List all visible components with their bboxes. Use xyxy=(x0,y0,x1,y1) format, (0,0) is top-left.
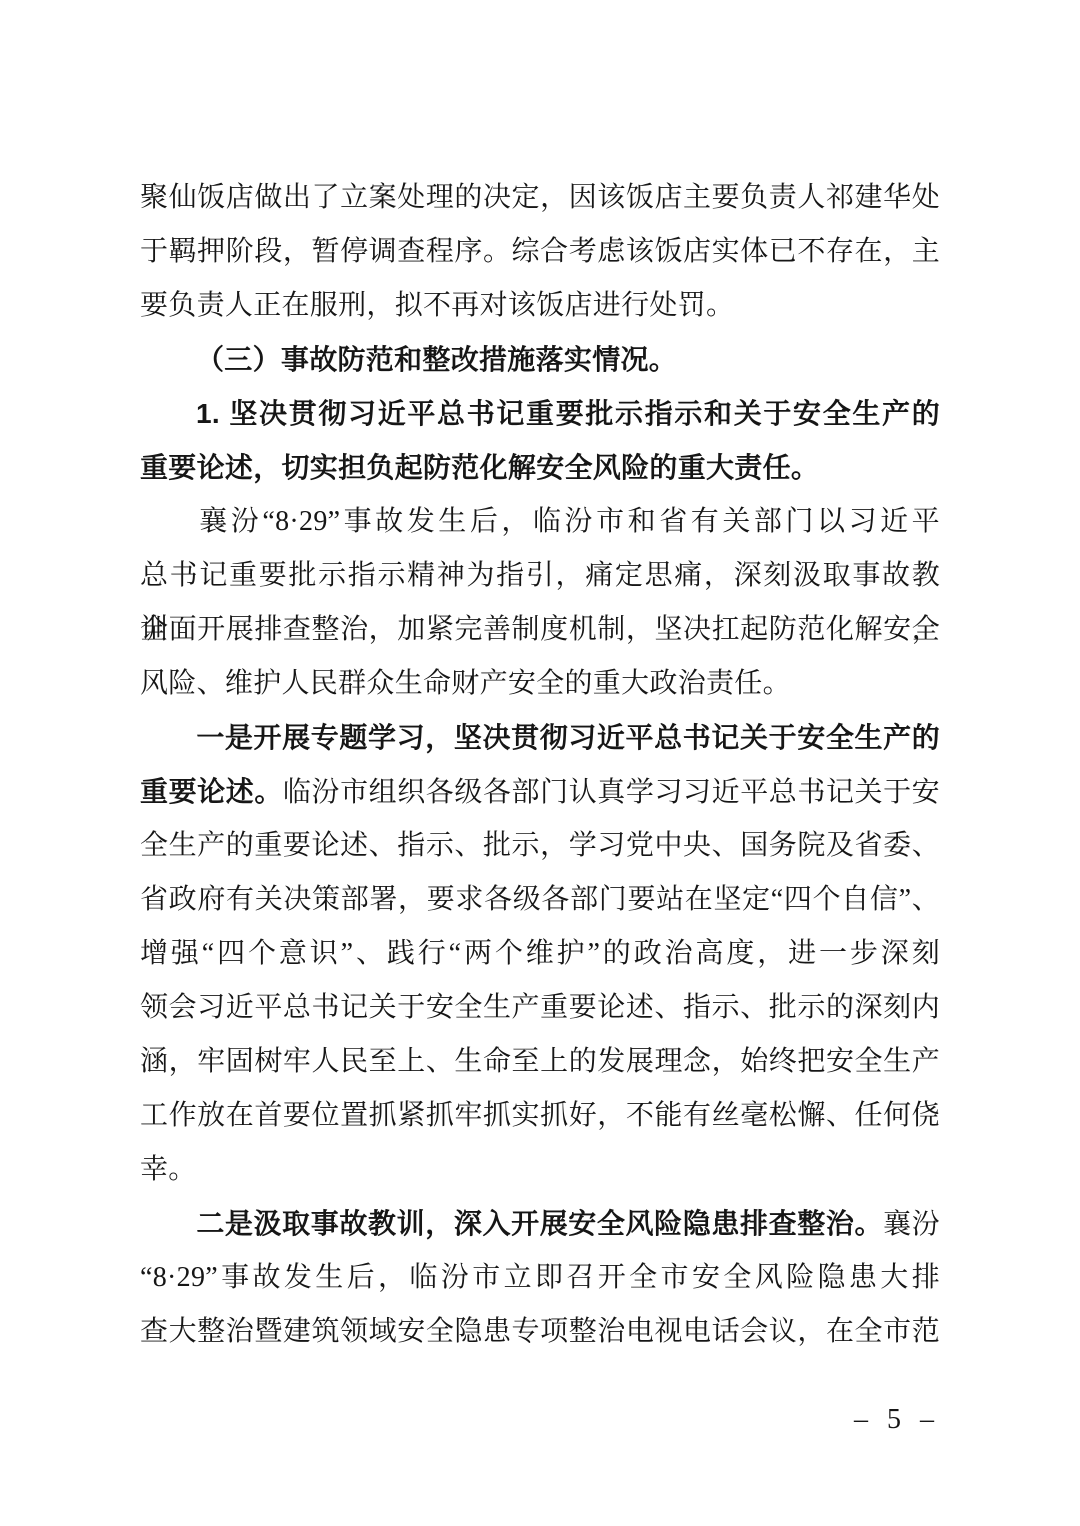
text-segment: 临汾市组织各级各部门认真学习习近平总书记关于安 xyxy=(283,777,940,808)
text-line: 重要论述，切实担负起防范化解安全风险的重大责任。 xyxy=(140,441,940,495)
text-segment: 全生产的重要论述、指示、批示，学习党中央、国务院及省委、 xyxy=(140,830,940,861)
text-segment: 增强“四个意识”、践行“两个维护”的政治高度，进一步深刻 xyxy=(140,938,940,969)
text-line: 1. 坚决贯彻习近平总书记重要批示指示和关于安全生产的 xyxy=(140,387,940,441)
text-line: 全面开展排查整治，加紧完善制度机制，坚决扛起防范化解安全 xyxy=(140,603,940,657)
text-segment: 全面开展排查整治，加紧完善制度机制，坚决扛起防范化解安全 xyxy=(140,614,940,645)
text-line: 工作放在首要位置抓紧抓牢抓实抓好，不能有丝毫松懈、任何侥 xyxy=(140,1089,940,1143)
bold-text-segment: 二是汲取事故教训，深入开展安全风险隐患排查整治。 xyxy=(140,1208,883,1239)
text-line: 领会习近平总书记关于安全生产重要论述、指示、批示的深刻内 xyxy=(140,981,940,1035)
bold-text-segment: 重要论述。 xyxy=(140,776,283,807)
document-page: 聚仙饭店做出了立案处理的决定，因该饭店主要负责人祁建华处于羁押阶段，暂停调查程序… xyxy=(0,0,1080,1526)
bold-text-segment: （三）事故防范和整改措施落实情况。 xyxy=(140,344,677,375)
text-segment: 幸。 xyxy=(140,1154,197,1185)
text-line: 重要论述。临汾市组织各级各部门认真学习习近平总书记关于安 xyxy=(140,765,940,819)
text-line: 查大整治暨建筑领域安全隐患专项整治电视电话会议，在全市范 xyxy=(140,1305,940,1359)
text-line: 增强“四个意识”、践行“两个维护”的政治高度，进一步深刻 xyxy=(140,927,940,981)
text-segment: 查大整治暨建筑领域安全隐患专项整治电视电话会议，在全市范 xyxy=(140,1316,940,1347)
text-line: 全生产的重要论述、指示、批示，学习党中央、国务院及省委、 xyxy=(140,819,940,873)
text-segment: 领会习近平总书记关于安全生产重要论述、指示、批示的深刻内 xyxy=(140,992,940,1023)
text-segment: 于羁押阶段，暂停调查程序。综合考虑该饭店实体已不存在，主 xyxy=(140,236,940,267)
text-line: 襄汾“8·29”事故发生后，临汾市和省有关部门以习近平 xyxy=(140,495,940,549)
text-line: 省政府有关决策部署，要求各级各部门要站在坚定“四个自信”、 xyxy=(140,873,940,927)
page-number: – 5 – xyxy=(854,1398,940,1442)
bold-text-segment: 重要论述，切实担负起防范化解安全风险的重大责任。 xyxy=(140,452,819,483)
text-segment: 聚仙饭店做出了立案处理的决定，因该饭店主要负责人祁建华处 xyxy=(140,182,940,213)
text-line: 幸。 xyxy=(140,1143,940,1197)
text-line: 风险、维护人民群众生命财产安全的重大政治责任。 xyxy=(140,657,940,711)
text-segment: 襄汾“8·29”事故发生后，临汾市和省有关部门以习近平 xyxy=(140,506,940,537)
text-line: 二是汲取事故教训，深入开展安全风险隐患排查整治。襄汾 xyxy=(140,1197,940,1251)
text-line: “8·29”事故发生后，临汾市立即召开全市安全风险隐患大排 xyxy=(140,1251,940,1305)
bold-text-segment: 1. 坚决贯彻习近平总书记重要批示指示和关于安全生产的 xyxy=(140,398,940,429)
text-segment: 涵，牢固树牢人民至上、生命至上的发展理念，始终把安全生产 xyxy=(140,1046,940,1077)
text-segment: 襄汾 xyxy=(883,1209,940,1240)
text-segment: 工作放在首要位置抓紧抓牢抓实抓好，不能有丝毫松懈、任何侥 xyxy=(140,1100,940,1131)
text-line: 要负责人正在服刑，拟不再对该饭店进行处罚。 xyxy=(140,279,940,333)
text-segment: “8·29”事故发生后，临汾市立即召开全市安全风险隐患大排 xyxy=(140,1262,940,1293)
bold-text-segment: 一是开展专题学习，坚决贯彻习近平总书记关于安全生产的 xyxy=(140,722,940,753)
text-segment: 风险、维护人民群众生命财产安全的重大政治责任。 xyxy=(140,668,791,699)
text-segment: 省政府有关决策部署，要求各级各部门要站在坚定“四个自信”、 xyxy=(140,884,940,915)
text-line: 涵，牢固树牢人民至上、生命至上的发展理念，始终把安全生产 xyxy=(140,1035,940,1089)
text-line: （三）事故防范和整改措施落实情况。 xyxy=(140,333,940,387)
text-line: 于羁押阶段，暂停调查程序。综合考虑该饭店实体已不存在，主 xyxy=(140,225,940,279)
text-line: 一是开展专题学习，坚决贯彻习近平总书记关于安全生产的 xyxy=(140,711,940,765)
text-line: 总书记重要批示指示精神为指引，痛定思痛，深刻汲取事故教训， xyxy=(140,549,940,603)
document-body: 聚仙饭店做出了立案处理的决定，因该饭店主要负责人祁建华处于羁押阶段，暂停调查程序… xyxy=(140,171,940,1359)
text-line: 聚仙饭店做出了立案处理的决定，因该饭店主要负责人祁建华处 xyxy=(140,171,940,225)
text-segment: 要负责人正在服刑，拟不再对该饭店进行处罚。 xyxy=(140,290,734,321)
